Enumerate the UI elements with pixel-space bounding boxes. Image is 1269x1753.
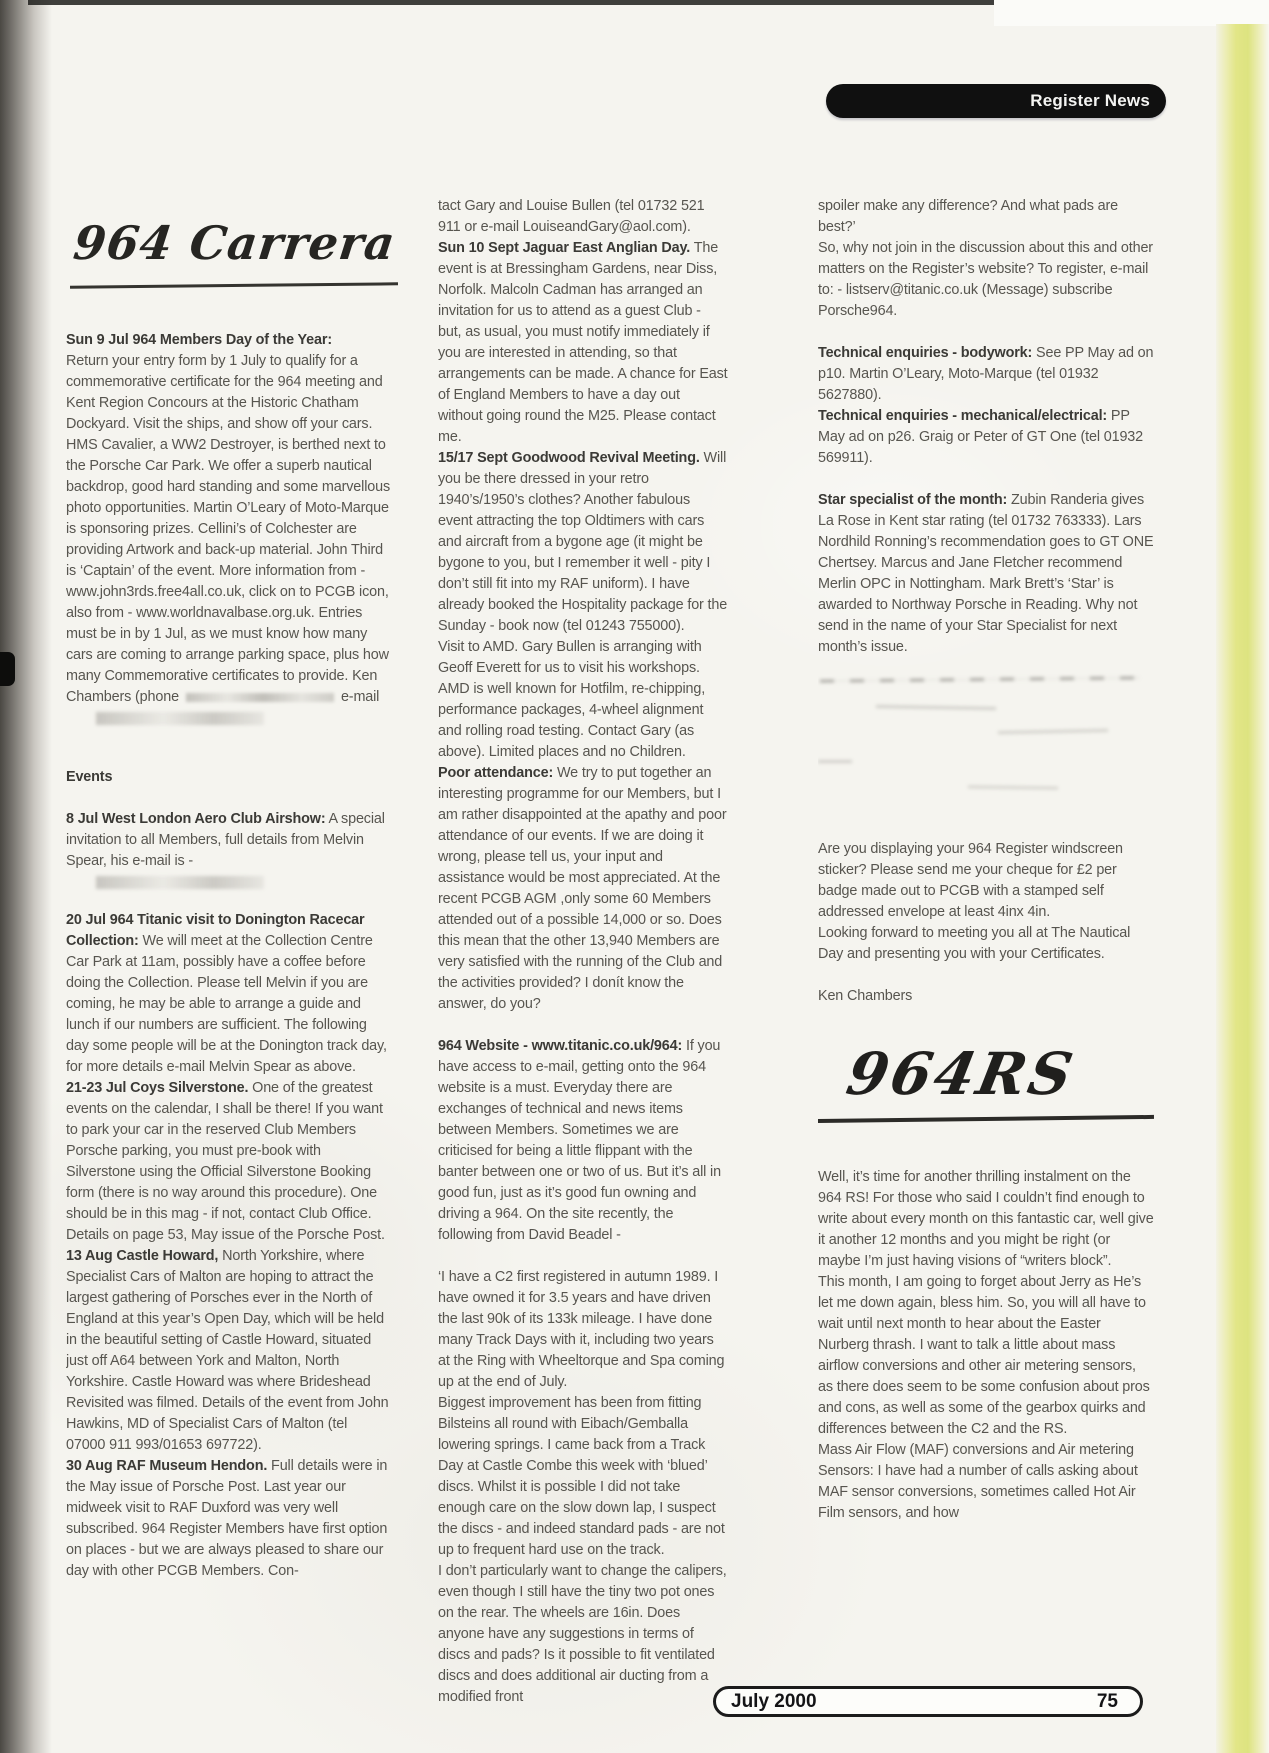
paragraph-text: Full details were in the May issue of Po… xyxy=(66,1458,387,1579)
paragraph: Sun 9 Jul 964 Members Day of the Year:Re… xyxy=(66,330,390,725)
paragraph-text: Will you be there dressed in your retro … xyxy=(438,450,727,634)
paragraph-text: If you have access to e-mail, getting on… xyxy=(438,1038,721,1243)
issue-date: July 2000 xyxy=(731,1691,817,1713)
paragraph: 8 Jul West London Aero Club Airshow: A s… xyxy=(66,809,390,889)
paragraph: Star specialist of the month: Zubin Rand… xyxy=(818,490,1154,658)
paragraph-text: The event is at Bressingham Gardens, nea… xyxy=(438,240,728,445)
paragraph-text: North Yorkshire, where Specialist Cars o… xyxy=(66,1248,389,1453)
paragraph-text: e-mail xyxy=(341,689,379,705)
paragraph: tact Gary and Louise Bullen (tel 01732 5… xyxy=(438,196,728,238)
paragraph: 13 Aug Castle Howard, North Yorkshire, w… xyxy=(66,1246,390,1456)
scan-edge-left xyxy=(0,0,52,1753)
scan-edge-top xyxy=(28,0,1003,5)
paragraph: Technical enquiries - bodywork: See PP M… xyxy=(818,343,1154,406)
paragraph-text: I don’t particularly want to change the … xyxy=(438,1563,727,1705)
paragraph-lead: Sun 10 Sept Jaguar East Anglian Day. xyxy=(438,240,690,256)
paragraph-text: Zubin Randeria gives La Rose in Kent sta… xyxy=(818,492,1153,655)
paragraph: I don’t particularly want to change the … xyxy=(438,1561,728,1708)
paragraph: 30 Aug RAF Museum Hendon. Full details w… xyxy=(66,1456,390,1582)
paragraph: Well, it’s time for another thrilling in… xyxy=(818,1167,1154,1272)
carrera-register-logo: 964 Carrera xyxy=(71,216,398,270)
scan-corner xyxy=(994,0,1269,26)
paragraph: Ken Chambers xyxy=(818,986,1154,1007)
paragraph-text: Well, it’s time for another thrilling in… xyxy=(818,1169,1154,1269)
footer-pill: July 2000 75 xyxy=(713,1686,1143,1717)
paragraph: So, why not join in the discussion about… xyxy=(818,238,1154,322)
paragraph: Looking forward to meeting you all at Th… xyxy=(818,923,1154,965)
paragraph: Are you displaying your 964 Register win… xyxy=(818,839,1154,923)
carrera-logo-underline xyxy=(70,282,398,288)
paragraph-lead: 30 Aug RAF Museum Hendon. xyxy=(66,1458,267,1474)
paragraph-text: Are you displaying your 964 Register win… xyxy=(818,841,1123,920)
paragraph-lead: 13 Aug Castle Howard, xyxy=(66,1248,218,1264)
column-left: Sun 9 Jul 964 Members Day of the Year:Re… xyxy=(66,330,390,1750)
paragraph-text: So, why not join in the discussion about… xyxy=(818,240,1153,319)
redaction-smudge xyxy=(96,876,264,889)
paragraph-lead: Technical enquiries - bodywork: xyxy=(818,345,1032,361)
paragraph-text: Mass Air Flow (MAF) conversions and Air … xyxy=(818,1442,1138,1521)
paragraph: Events xyxy=(66,767,390,788)
redaction-smudge xyxy=(96,712,264,725)
paragraph-text: Biggest improvement has been from fittin… xyxy=(438,1395,725,1558)
paragraph: 15/17 Sept Goodwood Revival Meeting. Wil… xyxy=(438,448,728,637)
paragraph-lead: 21-23 Jul Coys Silverstone. xyxy=(66,1080,248,1096)
paragraph-text: We will meet at the Collection Centre Ca… xyxy=(66,933,387,1075)
paragraph-text: Return your entry form by 1 July to qual… xyxy=(66,353,390,705)
paragraph: Visit to AMD. Gary Bullen is arranging w… xyxy=(438,637,728,763)
paragraph-lead: Sun 9 Jul 964 Members Day of the Year: xyxy=(66,330,390,351)
paragraph-text: One of the greatest events on the calend… xyxy=(66,1080,385,1243)
paragraph: Sun 10 Sept Jaguar East Anglian Day. The… xyxy=(438,238,728,448)
paragraph: This month, I am going to forget about J… xyxy=(818,1272,1154,1440)
paragraph-lead: Poor attendance: xyxy=(438,765,553,781)
paragraph: spoiler make any difference? And what pa… xyxy=(818,196,1154,238)
paragraph-text: Visit to AMD. Gary Bullen is arranging w… xyxy=(438,639,705,760)
paragraph-text: spoiler make any difference? And what pa… xyxy=(818,198,1118,235)
column-right-top: spoiler make any difference? And what pa… xyxy=(818,196,1154,1007)
paragraph-lead: 8 Jul West London Aero Club Airshow: xyxy=(66,811,326,827)
paragraph: Poor attendance: We try to put together … xyxy=(438,763,728,1015)
paragraph: Biggest improvement has been from fittin… xyxy=(438,1393,728,1561)
paragraph-lead: 964 Website - www.titanic.co.uk/964: xyxy=(438,1038,682,1054)
paragraph xyxy=(818,668,1154,818)
paragraph: 21-23 Jul Coys Silverstone. One of the g… xyxy=(66,1078,390,1246)
page-edge-strip xyxy=(1216,24,1269,1753)
redaction-smudge xyxy=(186,693,334,702)
rs-register-logo: 964RS xyxy=(842,1045,1079,1103)
paragraph-text: Ken Chambers xyxy=(818,988,912,1004)
paragraph-lead: Technical enquiries - mechanical/electri… xyxy=(818,408,1107,424)
page-number: 75 xyxy=(1097,1691,1118,1713)
paragraph-text: We try to put together an interesting pr… xyxy=(438,765,726,1012)
paragraph: Technical enquiries - mechanical/electri… xyxy=(818,406,1154,469)
paragraph: Mass Air Flow (MAF) conversions and Air … xyxy=(818,1440,1154,1524)
column-right: spoiler make any difference? And what pa… xyxy=(818,196,1154,1684)
redaction-smudge xyxy=(818,668,1154,818)
rs-logo-underline xyxy=(818,1115,1154,1123)
paragraph: 20 Jul 964 Titanic visit to Donington Ra… xyxy=(66,910,390,1078)
paragraph-text: This month, I am going to forget about J… xyxy=(818,1274,1150,1437)
scan-notch-mark xyxy=(0,652,15,686)
paragraph: ‘I have a C2 first registered in autumn … xyxy=(438,1267,728,1393)
page-title-badge: Register News xyxy=(826,84,1166,118)
paragraph-lead: Star specialist of the month: xyxy=(818,492,1007,508)
rs-section-text: Well, it’s time for another thrilling in… xyxy=(818,1167,1154,1524)
paragraph-text: tact Gary and Louise Bullen (tel 01732 5… xyxy=(438,198,705,235)
paragraph-text: ‘I have a C2 first registered in autumn … xyxy=(438,1269,724,1390)
paragraph-lead: Events xyxy=(66,767,390,788)
paragraph-lead: 15/17 Sept Goodwood Revival Meeting. xyxy=(438,450,700,466)
paragraph-text: Looking forward to meeting you all at Th… xyxy=(818,925,1130,962)
paragraph: 964 Website - www.titanic.co.uk/964: If … xyxy=(438,1036,728,1246)
column-middle: tact Gary and Louise Bullen (tel 01732 5… xyxy=(438,196,728,1726)
